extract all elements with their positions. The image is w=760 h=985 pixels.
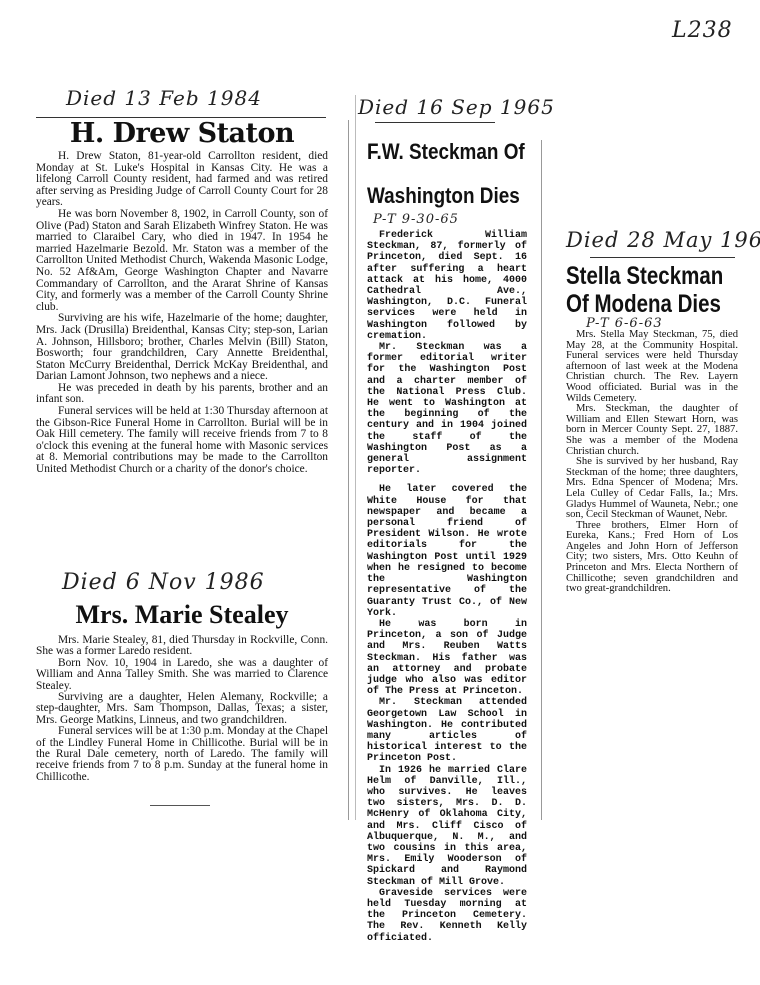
paragraph: Mr. Steckman attended Georgetown Law Sch… — [367, 697, 527, 764]
headline: Mrs. Marie Stealey — [36, 600, 328, 630]
divider — [375, 122, 495, 123]
handwritten-date: Died 13 Feb 1984 — [66, 86, 262, 110]
paragraph: Three brothers, Elmer Horn of Eureka, Ka… — [566, 521, 738, 595]
page-mark: L238 — [672, 18, 733, 43]
paragraph: He was born November 8, 1902, in Carroll… — [36, 209, 328, 313]
obituary-stealey: Mrs. Marie Stealey Mrs. Marie Stealey, 8… — [36, 600, 328, 783]
paragraph: In 1926 he married Clare Helm of Danvill… — [367, 765, 527, 888]
clipping-edge — [348, 120, 349, 820]
paragraph: Mrs. Stella May Steckman, 75, died May 2… — [566, 330, 738, 404]
divider — [150, 805, 210, 806]
obituary-body: Mrs. Marie Stealey, 81, died Thursday in… — [36, 635, 328, 783]
paragraph: He was born in Princeton, a son of Judge… — [367, 619, 527, 697]
source-note: P-T 9-30-65 — [373, 212, 533, 224]
clipping-edge — [355, 95, 356, 820]
paragraph: She is survived by her husband, Ray Stec… — [566, 457, 738, 521]
paragraph: Born Nov. 10, 1904 in Laredo, she was a … — [36, 658, 328, 692]
handwritten-date: Died 16 Sep 1965 — [358, 95, 555, 119]
headline: H. Drew Staton — [36, 118, 328, 149]
obituary-body: H. Drew Staton, 81-year-old Carrollton r… — [36, 151, 328, 476]
paragraph: Frederick William Steckman, 87, formerly… — [367, 230, 527, 342]
paragraph: Mrs. Steckman, the daughter of William a… — [566, 404, 738, 457]
paragraph: Mr. Steckman was a former editorial writ… — [367, 342, 527, 476]
obituary-staton: H. Drew Staton H. Drew Staton, 81-year-o… — [36, 118, 328, 476]
handwritten-date: Died 6 Nov 1986 — [62, 570, 265, 595]
headline-line-1: F.W. Steckman Of — [367, 130, 505, 174]
paragraph: Mrs. Marie Stealey, 81, died Thursday in… — [36, 635, 328, 658]
paragraph: Funeral services will be held at 1:30 Th… — [36, 406, 328, 476]
source-note: P-T 6-6-63 — [586, 316, 758, 328]
divider — [590, 257, 735, 258]
headline-line-2: Of Modena Dies — [566, 290, 707, 318]
paragraph: Graveside services were held Tuesday mor… — [367, 888, 527, 944]
obituary-body: Frederick William Steckman, 87, formerly… — [367, 230, 527, 944]
obituary-stella-steckman: Stella Steckman Of Modena Dies P-T 6-6-6… — [566, 262, 738, 595]
obituary-fw-steckman: F.W. Steckman Of Washington Dies P-T 9-3… — [367, 130, 527, 944]
paragraph: Funeral services will be at 1:30 p.m. Mo… — [36, 726, 328, 783]
paragraph: Surviving are a daughter, Helen Alemany,… — [36, 692, 328, 726]
paragraph: He was preceded in death by his parents,… — [36, 383, 328, 406]
paragraph: Surviving are his wife, Hazelmarie of th… — [36, 313, 328, 383]
paragraph: He later covered the White House for tha… — [367, 484, 527, 618]
headline-line-1: Stella Steckman — [566, 262, 707, 290]
obituary-body: Mrs. Stella May Steckman, 75, died May 2… — [566, 330, 738, 595]
handwritten-date: Died 28 May 1963 — [566, 228, 760, 252]
paragraph: H. Drew Staton, 81-year-old Carrollton r… — [36, 151, 328, 209]
clipping-edge — [541, 140, 542, 820]
